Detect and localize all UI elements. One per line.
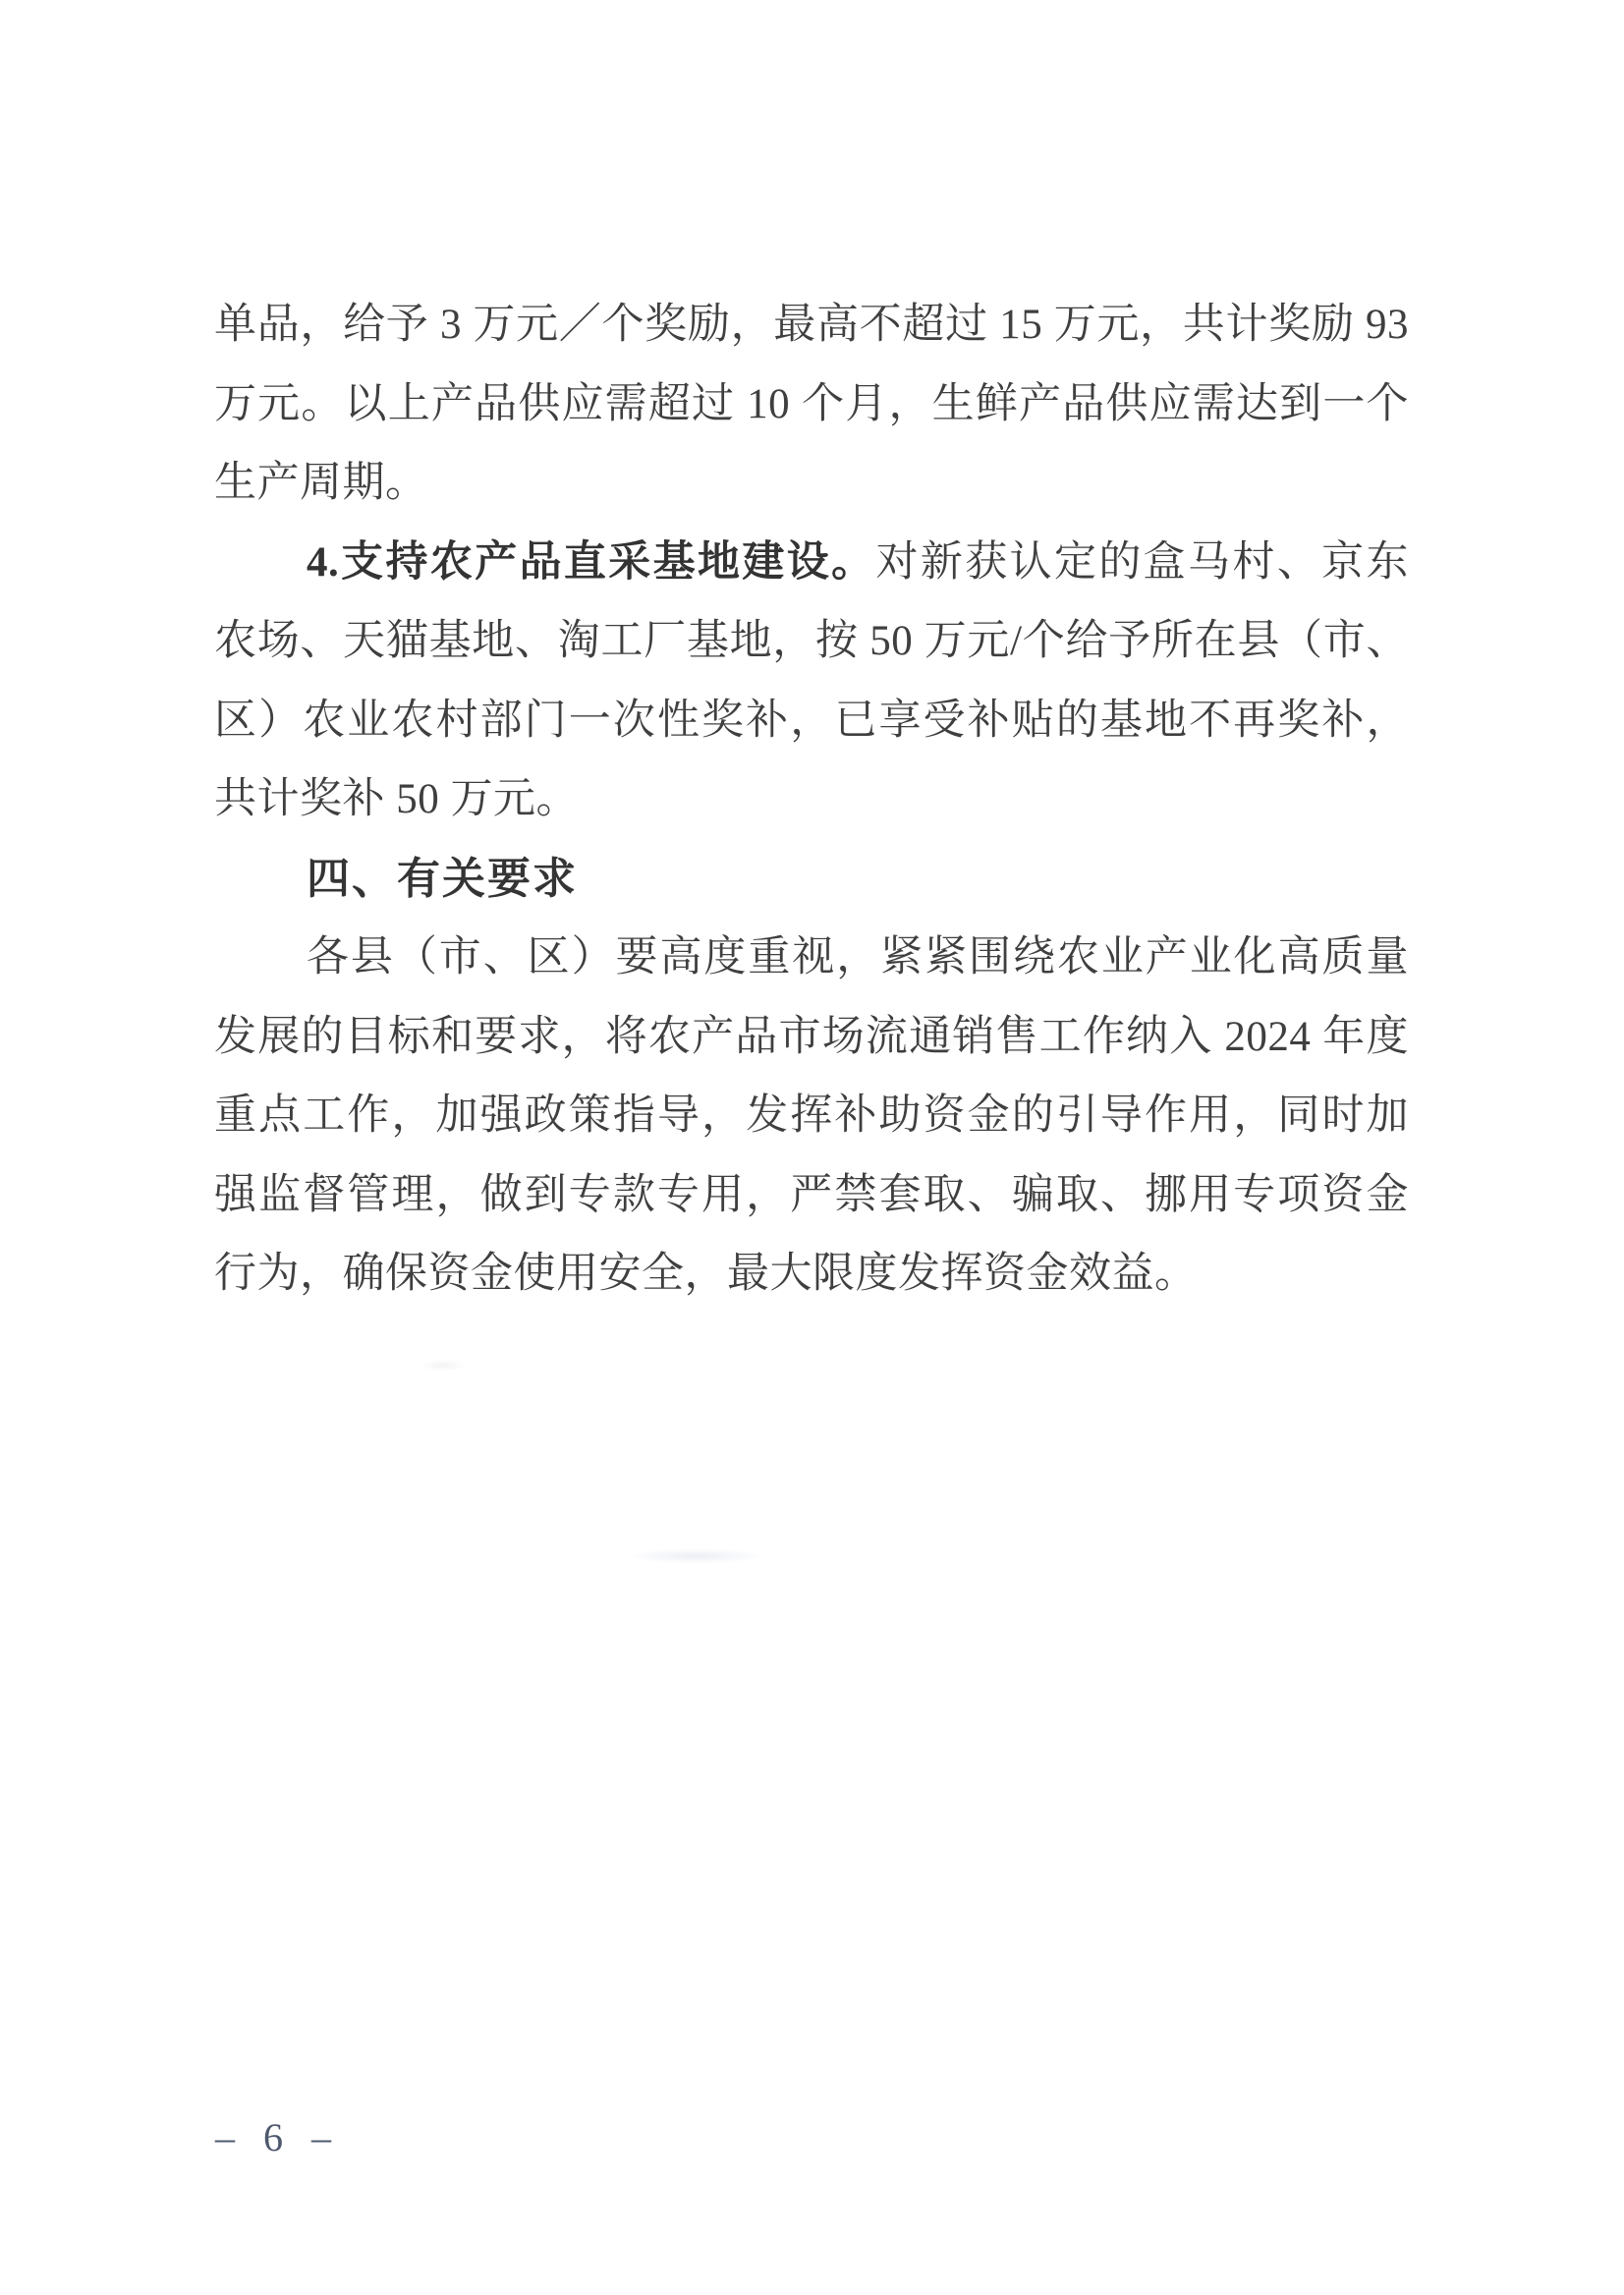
document-line: 单品，给予 3 万元／个奖励，最高不超过 15 万元，共计奖励 93	[214, 286, 1409, 365]
document-line: 农场、天猫基地、淘工厂基地，按 50 万元/个给予所在县（市、	[214, 602, 1409, 682]
document-line: 4.支持农产品直采基地建设。对新获认定的盒马村、京东	[214, 524, 1409, 603]
document-line: 强监督管理，做到专款专用，严禁套取、骗取、挪用专项资金	[214, 1156, 1409, 1236]
scanned-document-page: 单品，给予 3 万元／个奖励，最高不超过 15 万元，共计奖励 93万元。以上产…	[0, 0, 1624, 2295]
document-line: 区）农业农村部门一次性奖补，已享受补贴的基地不再奖补，	[214, 682, 1409, 761]
document-line: 万元。以上产品供应需超过 10 个月，生鲜产品供应需达到一个	[214, 365, 1409, 445]
document-line: 行为，确保资金使用安全，最大限度发挥资金效益。	[214, 1235, 1409, 1315]
scan-artifact	[420, 1360, 466, 1371]
document-body: 单品，给予 3 万元／个奖励，最高不超过 15 万元，共计奖励 93万元。以上产…	[214, 286, 1409, 1315]
scan-artifact	[627, 1548, 764, 1564]
document-line: 发展的目标和要求，将农产品市场流通销售工作纳入 2024 年度	[214, 998, 1409, 1078]
bold-lead-text: 4.支持农产品直采基地建设。	[307, 539, 876, 586]
document-line: 共计奖补 50 万元。	[214, 760, 1409, 840]
section-heading: 四、有关要求	[214, 840, 1409, 920]
document-line: 生产周期。	[214, 444, 1409, 524]
document-line: 重点工作，加强政策指导，发挥补助资金的引导作用，同时加	[214, 1077, 1409, 1156]
body-text: 对新获认定的盒马村、京东	[876, 539, 1410, 586]
document-line: 各县（市、区）要高度重视，紧紧围绕农业产业化高质量	[214, 919, 1409, 998]
page-number: – 6 –	[215, 2108, 336, 2167]
